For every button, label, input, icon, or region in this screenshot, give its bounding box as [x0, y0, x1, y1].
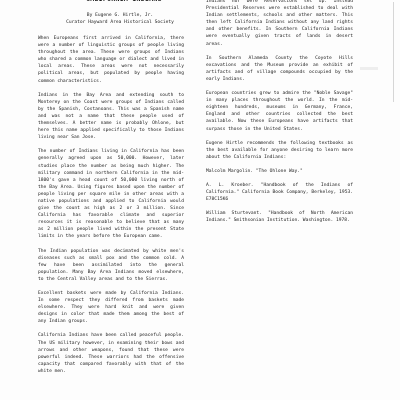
article-title: CALIFORNIA INDIANS — [86, 0, 162, 3]
author-name: By Eugene G. Hirtle, Jr. — [60, 12, 180, 19]
paragraph: When Europeans first arrived in Californ… — [38, 35, 184, 85]
paragraph: California Indians have been called peac… — [38, 332, 184, 375]
paragraph: The number of Indians living in Californ… — [38, 148, 184, 240]
reference-entry: Malcolm Margolin. "The Ohlone Way." — [206, 168, 353, 175]
scan-artifact — [360, 67, 378, 70]
byline: By Eugene G. Hirtle, Jr. Curator Hayward… — [60, 12, 180, 26]
paragraph: The Indian population was decimated by w… — [38, 248, 184, 283]
left-column: When Europeans first arrived in Californ… — [38, 35, 184, 382]
paragraph: In Southern Alameda County the Coyote Hi… — [206, 55, 353, 83]
paragraph: Excellent baskets were made by Californi… — [38, 290, 184, 325]
scanned-page: CALIFORNIA INDIANS By Eugene G. Hirtle, … — [0, 0, 400, 400]
author-affiliation: Curator Hayward Area Historical Society — [60, 19, 180, 26]
right-column: Indians nor were Reservations set up. In… — [206, 0, 353, 231]
scan-edge-line — [393, 2, 394, 102]
paragraph: Eugene Hirtle recommends the following t… — [206, 140, 353, 161]
reference-entry: William Sturtevant. "Handbook of North A… — [206, 210, 353, 224]
paragraph: European countries grew to admire the "N… — [206, 90, 353, 133]
paragraph: Indians nor were Reservations set up. In… — [206, 0, 353, 48]
reference-entry: A. L. Kroeber. "Handbook of the Indians … — [206, 182, 353, 203]
paragraph: Indians in the Bay Area and extending so… — [38, 92, 184, 142]
